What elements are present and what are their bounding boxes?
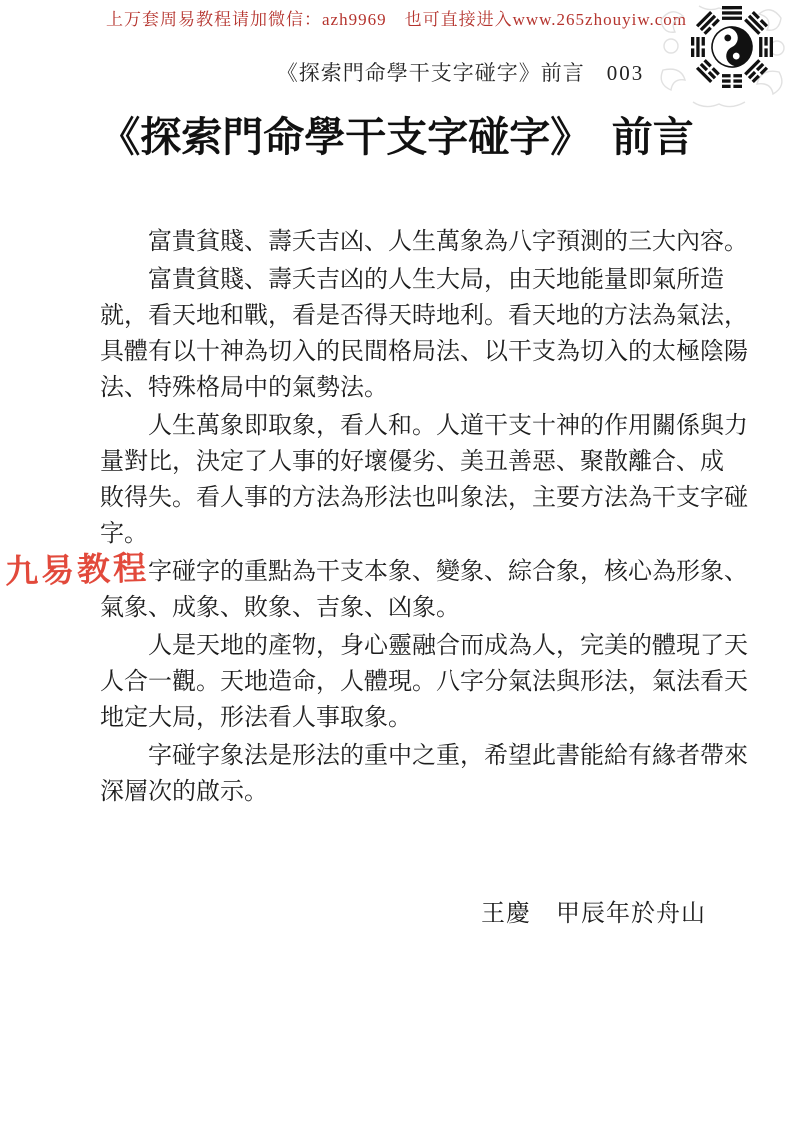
text-line: 字。 xyxy=(100,516,692,552)
signature: 王慶 甲辰年於舟山 xyxy=(481,893,706,928)
text-line: 人是天地的產物，身心靈融合而成為人，完美的體現了天 xyxy=(100,628,692,664)
text-line: 人生萬象即取象，看人和。人道干支十神的作用關係與力 xyxy=(100,408,692,444)
paragraph: 字碰字的重點為干支本象、變象、綜合象，核心為形象、 氣象、成象、敗象、吉象、凶象… xyxy=(100,554,692,626)
running-header: 《探索門命學干支字碰字》前言003 xyxy=(0,57,793,87)
text-line: 字碰字象法是形法的重中之重，希望此書能給有緣者帶來 xyxy=(100,738,692,774)
paragraph: 富貴貧賤、壽夭吉凶的人生大局，由天地能量即氣所造 就，看天地和戰，看是否得天時地… xyxy=(100,262,692,406)
text-line: 氣象、成象、敗象、吉象、凶象。 xyxy=(100,590,692,626)
text-line: 富貴貧賤、壽夭吉凶的人生大局，由天地能量即氣所造 xyxy=(100,262,692,298)
body-text: 富貴貧賤、壽夭吉凶、人生萬象為八字預測的三大內容。 富貴貧賤、壽夭吉凶的人生大局… xyxy=(100,224,692,812)
page-title: 《探索門命學干支字碰字》 前言 xyxy=(0,104,793,163)
paragraph: 人生萬象即取象，看人和。人道干支十神的作用關係與力 量對比，決定了人事的好壞優劣… xyxy=(100,408,692,552)
text-line: 就，看天地和戰，看是否得天時地利。看天地的方法為氣法， xyxy=(100,298,692,334)
text-line: 法、特殊格局中的氣勢法。 xyxy=(100,370,692,406)
text-line: 地定大局，形法看人事取象。 xyxy=(100,700,692,736)
text-line: 具體有以十神為切入的民間格局法、以干支為切入的太極陰陽 xyxy=(100,334,692,370)
running-header-title: 《探索門命學干支字碰字》前言 xyxy=(277,61,585,85)
text-line: 量對比，決定了人事的好壞優劣、美丑善惡、聚散離合、成 xyxy=(100,444,692,480)
text-line: 深層次的啟示。 xyxy=(100,774,692,810)
text-line: 人合一觀。天地造命，人體現。八字分氣法與形法，氣法看天 xyxy=(100,664,692,700)
text-line: 字碰字的重點為干支本象、變象、綜合象，核心為形象、 xyxy=(100,554,692,590)
page-number: 003 xyxy=(607,61,645,85)
paragraph: 富貴貧賤、壽夭吉凶、人生萬象為八字預測的三大內容。 xyxy=(100,224,692,260)
watermark: 九易教程 xyxy=(4,542,149,593)
paragraph: 人是天地的產物，身心靈融合而成為人，完美的體現了天 人合一觀。天地造命，人體現。… xyxy=(100,628,692,736)
text-line: 敗得失。看人事的方法為形法也叫象法，主要方法為干支字碰 xyxy=(100,480,692,516)
paragraph: 字碰字象法是形法的重中之重，希望此書能給有緣者帶來 深層次的啟示。 xyxy=(100,738,692,810)
text-line: 富貴貧賤、壽夭吉凶、人生萬象為八字預測的三大內容。 xyxy=(100,224,692,260)
book-page: 上万套周易教程请加微信：azh9969 也可直接进入www.265zhouyiw… xyxy=(0,0,793,1121)
